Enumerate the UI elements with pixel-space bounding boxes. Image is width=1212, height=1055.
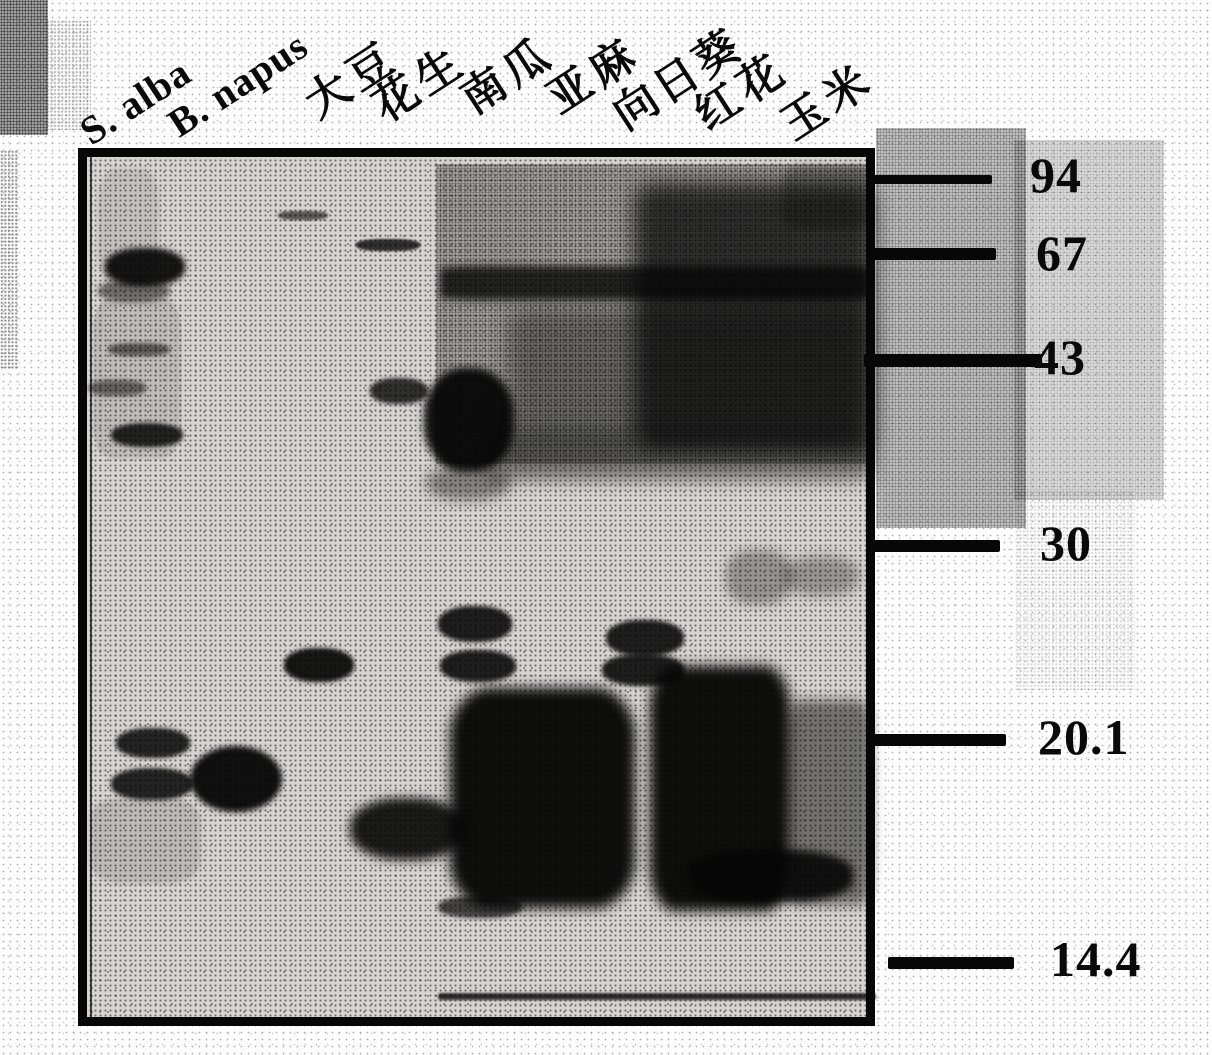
gel-figure-page: S. albaB. napus大豆花生南瓜亚麻向日葵红花玉米 946743302… <box>0 0 1212 1055</box>
marker-label-94: 94 <box>1030 150 1082 200</box>
marker-line-43 <box>864 354 1042 367</box>
gel-band <box>726 550 792 604</box>
gel-band <box>356 239 420 251</box>
gel-band <box>606 620 684 656</box>
gel-band <box>88 380 146 396</box>
scan-noise-region <box>0 0 48 135</box>
gel-band <box>278 211 328 220</box>
gel-band <box>688 850 853 902</box>
gel-band <box>424 368 514 472</box>
marker-line-30 <box>866 540 1000 552</box>
marker-label-67: 67 <box>1036 228 1088 278</box>
gel-image <box>78 148 875 1026</box>
marker-line-14.4 <box>888 957 1014 969</box>
lane-label-9: 玉米 <box>774 57 882 148</box>
gel-band <box>450 688 635 908</box>
gel-band <box>284 648 354 682</box>
marker-label-43: 43 <box>1034 332 1086 382</box>
gel-band <box>426 466 510 500</box>
gel-band <box>111 768 193 800</box>
gel-band <box>440 650 516 682</box>
scan-noise-region <box>876 128 1026 528</box>
gel-band <box>486 430 874 480</box>
marker-label-30: 30 <box>1040 518 1092 568</box>
gel-band <box>508 308 868 438</box>
scan-noise-region <box>0 150 18 370</box>
gel-band <box>438 606 512 642</box>
gel-band <box>90 798 200 883</box>
gel-band <box>350 798 465 860</box>
gel-band <box>190 746 282 812</box>
marker-label-20.1: 20.1 <box>1038 712 1130 762</box>
marker-line-20.1 <box>866 734 1006 746</box>
gel-band <box>784 556 860 596</box>
gel-band <box>111 423 183 447</box>
marker-label-14.4: 14.4 <box>1050 934 1142 984</box>
gel-band <box>440 266 870 300</box>
marker-line-67 <box>872 248 996 260</box>
gel-band <box>438 993 876 1000</box>
gel-band <box>116 728 190 758</box>
gel-band <box>108 343 170 356</box>
marker-line-94 <box>872 175 992 184</box>
gel-band <box>370 378 428 404</box>
gel-band <box>438 896 522 918</box>
